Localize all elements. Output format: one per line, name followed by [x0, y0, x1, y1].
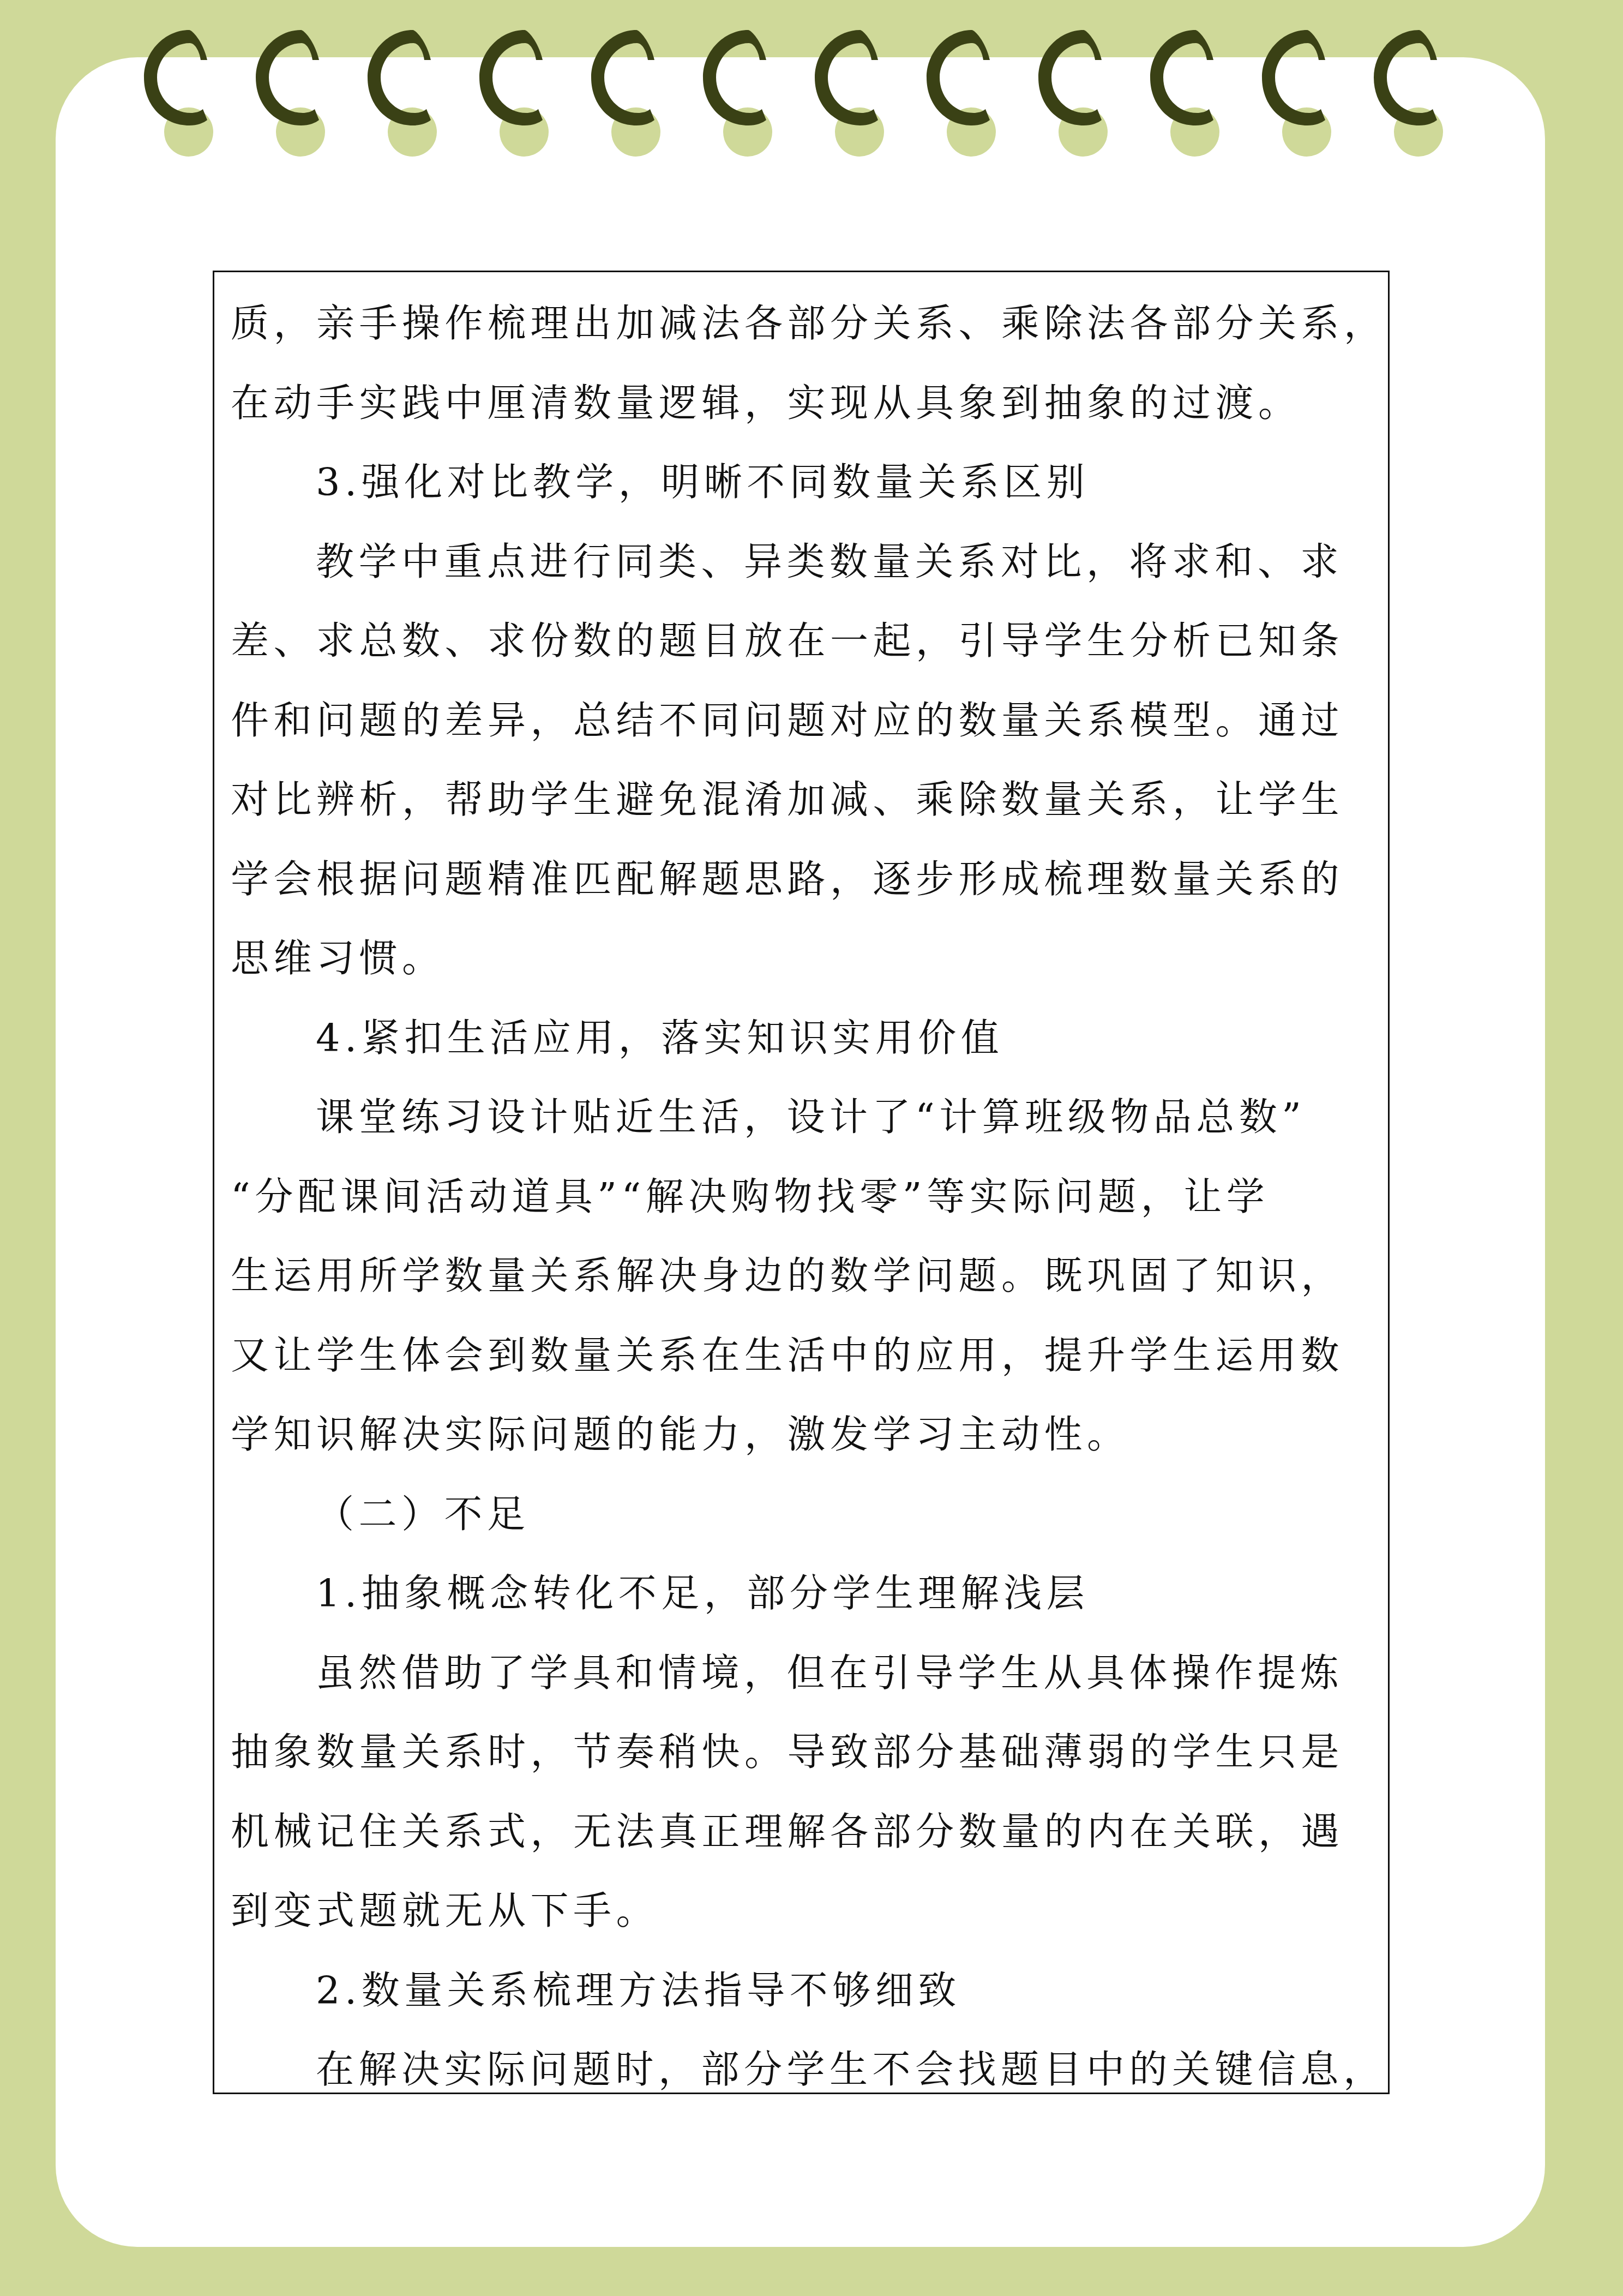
text-line: 又让学生体会到数量关系在生活中的应用，提升学生运用数 — [231, 1316, 1375, 1396]
text-line: 在动手实践中厘清数量逻辑，实现从具象到抽象的过渡。 — [231, 364, 1375, 443]
text-line: 1.抽象概念转化不足，部分学生理解浅层 — [231, 1554, 1375, 1634]
text-line: 对比辨析，帮助学生避免混淆加减、乘除数量关系，让学生 — [231, 760, 1375, 840]
text-line: 学知识解决实际问题的能力，激发学习主动性。 — [231, 1395, 1375, 1475]
text-line: 思维习惯。 — [231, 919, 1375, 999]
text-line: 到变式题就无从下手。 — [231, 1872, 1375, 1951]
text-line: （二）不足 — [231, 1475, 1375, 1555]
text-line: 质，亲手操作梳理出加减法各部分关系、乘除法各部分关系， — [231, 284, 1375, 364]
document-text-box: 质，亲手操作梳理出加减法各部分关系、乘除法各部分关系，在动手实践中厘清数量逻辑，… — [213, 271, 1390, 2094]
spiral-ring-icon — [366, 30, 459, 194]
text-line: “分配课间活动道具”“解决购物找零”等实际问题，让学 — [231, 1158, 1375, 1237]
paragraph-lines: 质，亲手操作梳理出加减法各部分关系、乘除法各部分关系，在动手实践中厘清数量逻辑，… — [231, 284, 1375, 2110]
text-line: 课堂练习设计贴近生活，设计了“计算班级物品总数” — [231, 1078, 1375, 1158]
spiral-ring-icon — [814, 30, 906, 194]
text-line: 件和问题的差异，总结不同问题对应的数量关系模型。通过 — [231, 681, 1375, 761]
spiral-ring-icon — [1149, 30, 1242, 194]
spiral-ring-icon — [1037, 30, 1130, 194]
text-line: 4.紧扣生活应用，落实知识实用价值 — [231, 999, 1375, 1078]
spiral-ring-icon — [702, 30, 795, 194]
text-line: 生运用所学数量关系解决身边的数学问题。既巩固了知识， — [231, 1237, 1375, 1316]
spiral-ring-icon — [143, 30, 236, 194]
text-line: 差、求总数、求份数的题目放在一起，引导学生分析已知条 — [231, 602, 1375, 681]
text-line: 在解决实际问题时，部分学生不会找题目中的关键信息， — [231, 2030, 1375, 2110]
spiral-ring-icon — [1373, 30, 1465, 194]
spiral-ring-icon — [590, 30, 683, 194]
spiral-ring-icon — [925, 30, 1018, 194]
text-line: 抽象数量关系时，节奏稍快。导致部分基础薄弱的学生只是 — [231, 1713, 1375, 1793]
text-line: 2.数量关系梳理方法指导不够细致 — [231, 1951, 1375, 2031]
text-line: 3.强化对比教学，明晰不同数量关系区别 — [231, 443, 1375, 523]
text-line: 机械记住关系式，无法真正理解各部分数量的内在关联，遇 — [231, 1793, 1375, 1872]
spiral-ring-icon — [1261, 30, 1354, 194]
spiral-ring-icon — [255, 30, 347, 194]
text-line: 学会根据问题精准匹配解题思路，逐步形成梳理数量关系的 — [231, 840, 1375, 920]
text-line: 教学中重点进行同类、异类数量关系对比，将求和、求 — [231, 523, 1375, 602]
spiral-ring-icon — [478, 30, 571, 194]
text-line: 虽然借助了学具和情境，但在引导学生从具体操作提炼 — [231, 1634, 1375, 1713]
spiral-binding — [0, 0, 1623, 164]
